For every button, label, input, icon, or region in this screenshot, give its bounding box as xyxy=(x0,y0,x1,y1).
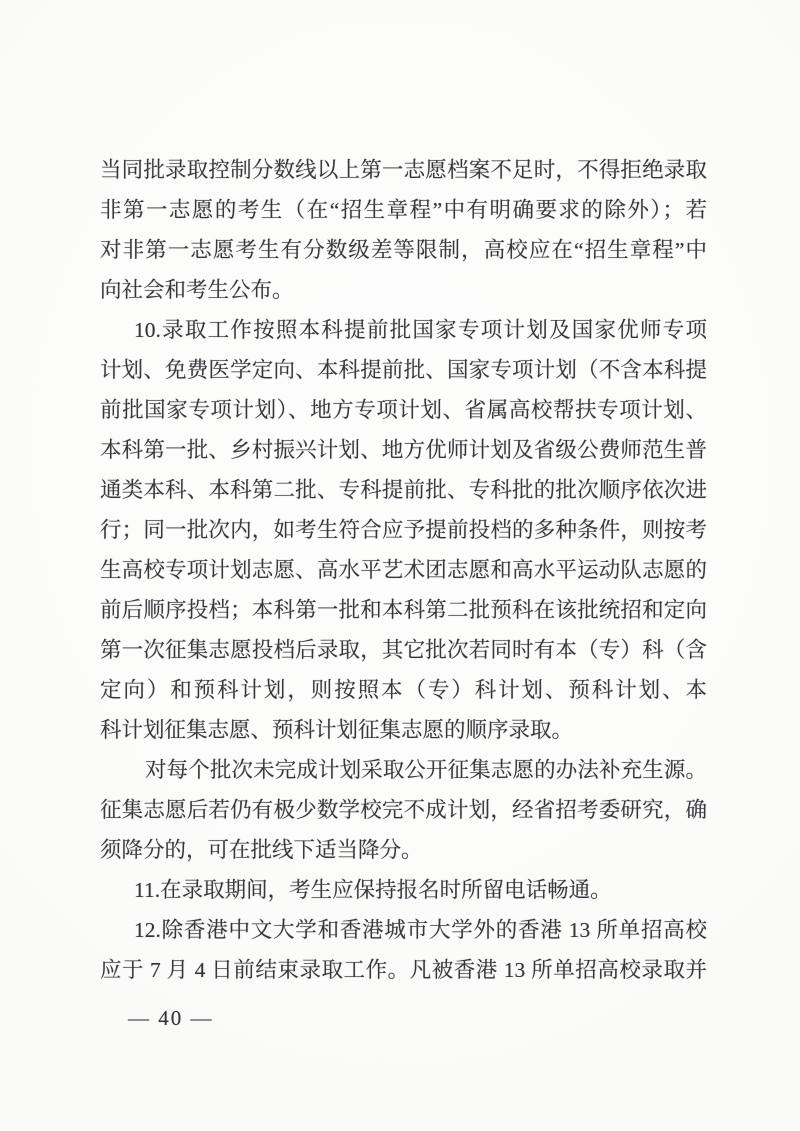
document-text-line: 前批国家专项计划）、地方专项计划、省属高校帮扶专项计划、 xyxy=(100,390,707,430)
document-text-line: 计划、免费医学定向、本科提前批、国家专项计划（不含本科提 xyxy=(100,350,707,390)
document-text-line: 应于 7 月 4 日前结束录取工作。凡被香港 13 所单招高校录取并 xyxy=(100,950,707,990)
document-text-line: 第一次征集志愿投档后录取，其它批次若同时有本（专）科（含 xyxy=(100,630,707,670)
document-text-line: 征集志愿后若仍有极少数学校完不成计划，经省招考委研究，确 xyxy=(100,790,707,830)
document-text-line: 前后顺序投档；本科第一批和本科第二批预科在该批统招和定向 xyxy=(100,590,707,630)
document-body: 当同批录取控制分数线以上第一志愿档案不足时，不得拒绝录取非第一志愿的考生（在“招… xyxy=(100,150,707,990)
document-text-line: 定向）和预科计划，则按照本（专）科计划、预科计划、本（专） xyxy=(100,670,707,710)
document-text-line: 11.在录取期间，考生应保持报名时所留电话畅通。 xyxy=(100,870,707,910)
document-text-line: 当同批录取控制分数线以上第一志愿档案不足时，不得拒绝录取 xyxy=(100,150,707,190)
document-text-line: 非第一志愿的考生（在“招生章程”中有明确要求的除外）；若 xyxy=(100,190,707,230)
document-text-line: 12.除香港中文大学和香港城市大学外的香港 13 所单招高校 xyxy=(100,910,707,950)
document-text-line: 科计划征集志愿、预科计划征集志愿的顺序录取。 xyxy=(100,710,707,750)
document-text-line: 行；同一批次内，如考生符合应予提前投档的多种条件，则按考 xyxy=(100,510,707,550)
document-text-line: 对非第一志愿考生有分数级差等限制，高校应在“招生章程”中 xyxy=(100,230,707,270)
document-text-line: 须降分的，可在批线下适当降分。 xyxy=(100,830,707,870)
document-text-line: 向社会和考生公布。 xyxy=(100,270,707,310)
document-text-line: 10.录取工作按照本科提前批国家专项计划及国家优师专项 xyxy=(100,310,707,350)
document-page: 当同批录取控制分数线以上第一志愿档案不足时，不得拒绝录取非第一志愿的考生（在“招… xyxy=(0,0,800,1131)
page-number: — 40 — xyxy=(128,1002,214,1034)
document-text-line: 本科第一批、乡村振兴计划、地方优师计划及省级公费师范生普 xyxy=(100,430,707,470)
document-text-line: 生高校专项计划志愿、高水平艺术团志愿和高水平运动队志愿的 xyxy=(100,550,707,590)
document-text-line: 对每个批次未完成计划采取公开征集志愿的办法补充生源。 xyxy=(100,750,707,790)
document-text-line: 通类本科、本科第二批、专科提前批、专科批的批次顺序依次进 xyxy=(100,470,707,510)
